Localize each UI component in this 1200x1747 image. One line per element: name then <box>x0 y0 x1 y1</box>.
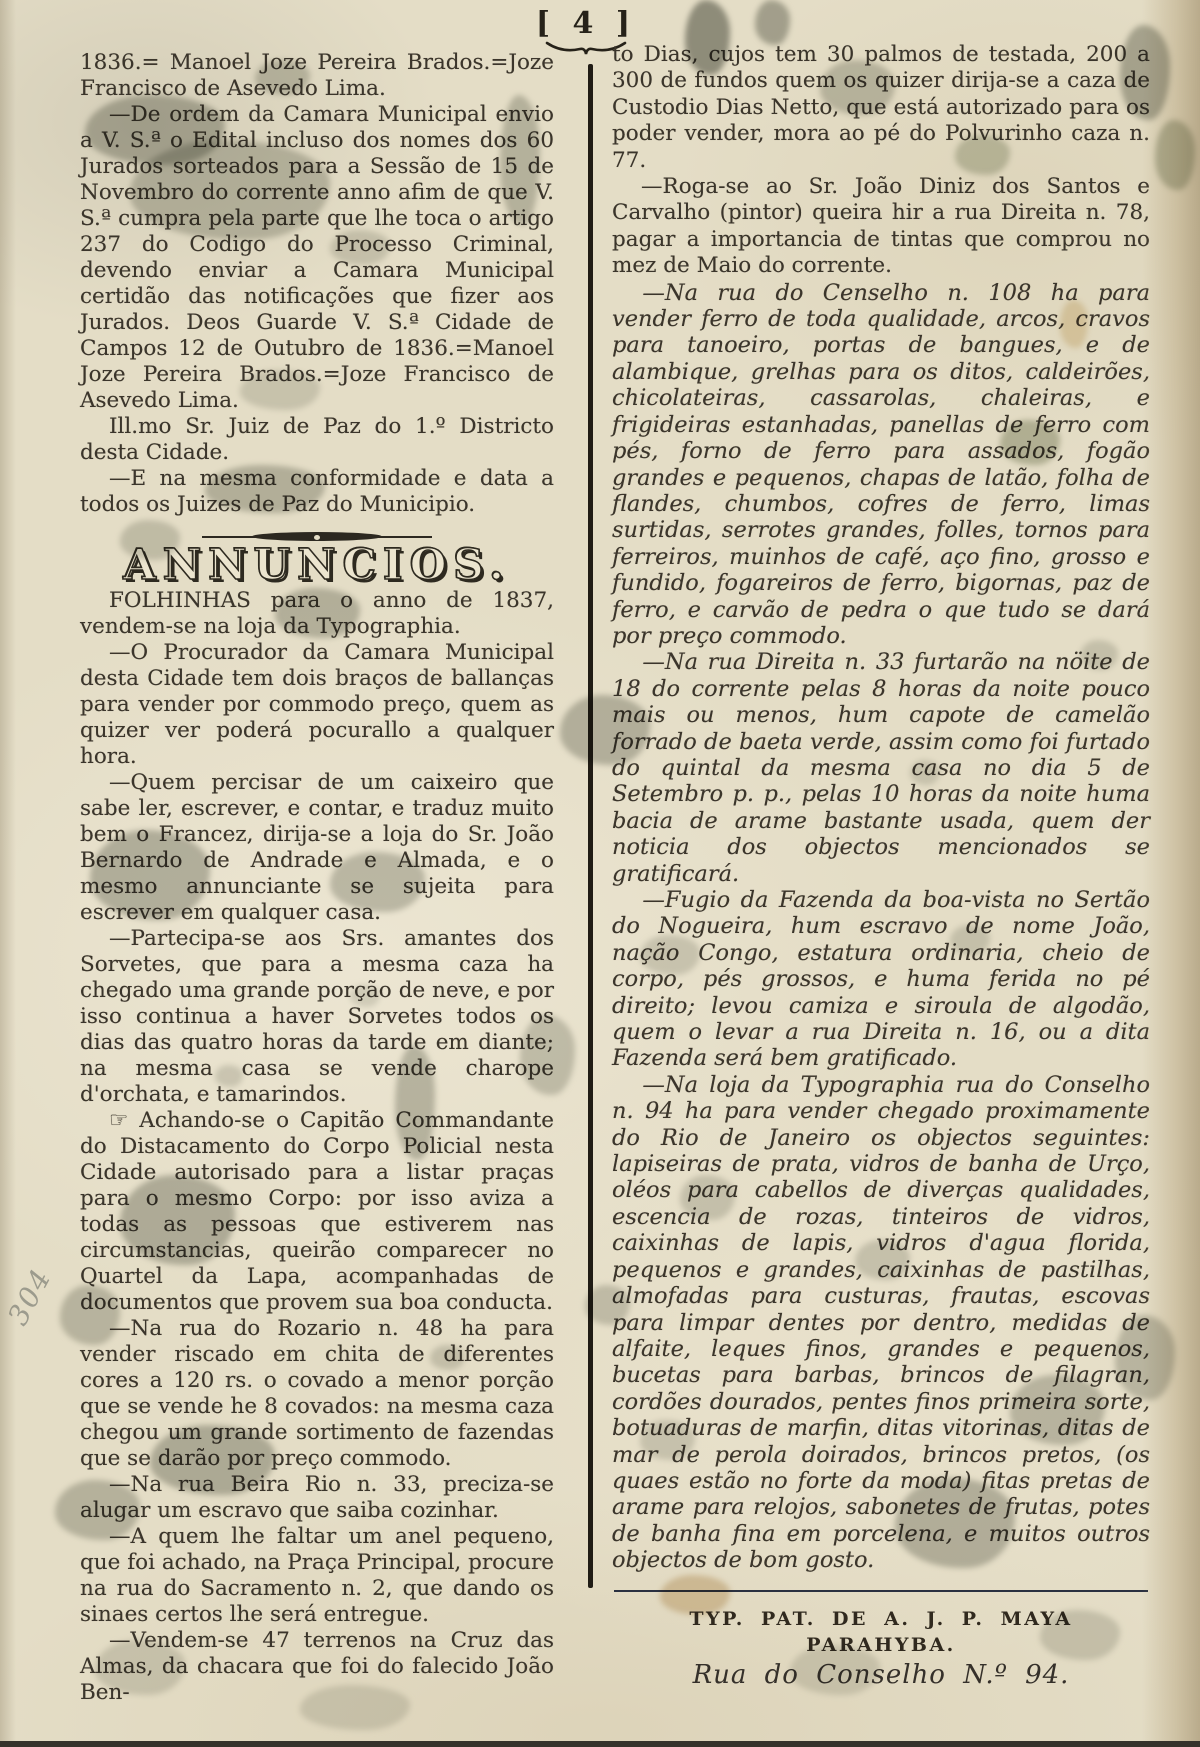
paper-edge-bottom <box>0 1741 1200 1747</box>
paragraph: —O Procurador da Camara Municipal desta … <box>80 640 554 770</box>
paragraph: —Vendem-se 47 terrenos na Cruz das Almas… <box>80 1628 554 1706</box>
paper-edge-left <box>0 0 16 1747</box>
paragraph-text: Achando-se o Capitão Commandante do Dist… <box>80 1108 554 1315</box>
paragraph: —Na rua do Rozario n. 48 ha para vender … <box>80 1316 554 1472</box>
paragraph: —Na rua Direita n. 33 furtarão na nöite … <box>612 649 1150 887</box>
paper-edge-right <box>1142 0 1200 1747</box>
paragraph: —A quem lhe faltar um anel pequeno, que … <box>80 1524 554 1628</box>
page-number: [ 4 ] <box>486 6 686 41</box>
colophon-imprint: TYP. PAT. DE A. J. P. MAYA PARAHYBA. <box>612 1606 1150 1659</box>
newspaper-page: [ 4 ] 1836.= Manoel Joze Pereira Brados.… <box>0 0 1200 1747</box>
paragraph: —Quem percisar de um caixeiro que sabe l… <box>80 770 554 926</box>
paragraph: —Partecipa-se aos Srs. amantes dos Sorve… <box>80 926 554 1108</box>
paragraph: —E na mesma conformidade e data a todos … <box>80 466 554 518</box>
left-column: 1836.= Manoel Joze Pereira Brados.=Joze … <box>80 50 554 1706</box>
colophon-address: Rua do Conselho N.º 94. <box>612 1662 1150 1688</box>
paragraph: —Na loja da Typographia rua do Conselho … <box>612 1072 1150 1574</box>
divider-ring <box>314 535 320 540</box>
right-column: to Dias, cujos tem 30 palmos de testada,… <box>612 42 1150 1689</box>
paragraph: —Roga-se ao Sr. João Diniz dos Santos e … <box>612 174 1150 280</box>
annuncios-heading: ANNUNCIOS. <box>80 552 554 578</box>
paper-stain <box>755 0 790 45</box>
paragraph: —De ordem da Camara Municipal envio a V.… <box>80 102 554 414</box>
colophon-rule <box>614 1590 1148 1592</box>
paragraph: FOLHINHAS para o anno de 1837, vendem-se… <box>80 588 554 640</box>
paragraph: to Dias, cujos tem 30 palmos de testada,… <box>612 42 1150 174</box>
paragraph: ☞ Achando-se o Capitão Commandante do Di… <box>80 1108 554 1316</box>
paragraph: 1836.= Manoel Joze Pereira Brados.=Joze … <box>80 50 554 102</box>
column-divider-rule <box>588 64 593 1588</box>
paragraph: —Fugio da Fazenda da boa-vista no Sertão… <box>612 887 1150 1072</box>
paragraph: —Na rua Beira Rio n. 33, preciza-se alug… <box>80 1472 554 1524</box>
pointing-hand-icon: ☞ <box>109 1108 128 1133</box>
paragraph: —Na rua do Censelho n. 108 ha para vende… <box>612 280 1150 650</box>
swelled-rule-divider <box>202 532 432 542</box>
paragraph: Ill.mo Sr. Juiz de Paz do 1.º Districto … <box>80 414 554 466</box>
